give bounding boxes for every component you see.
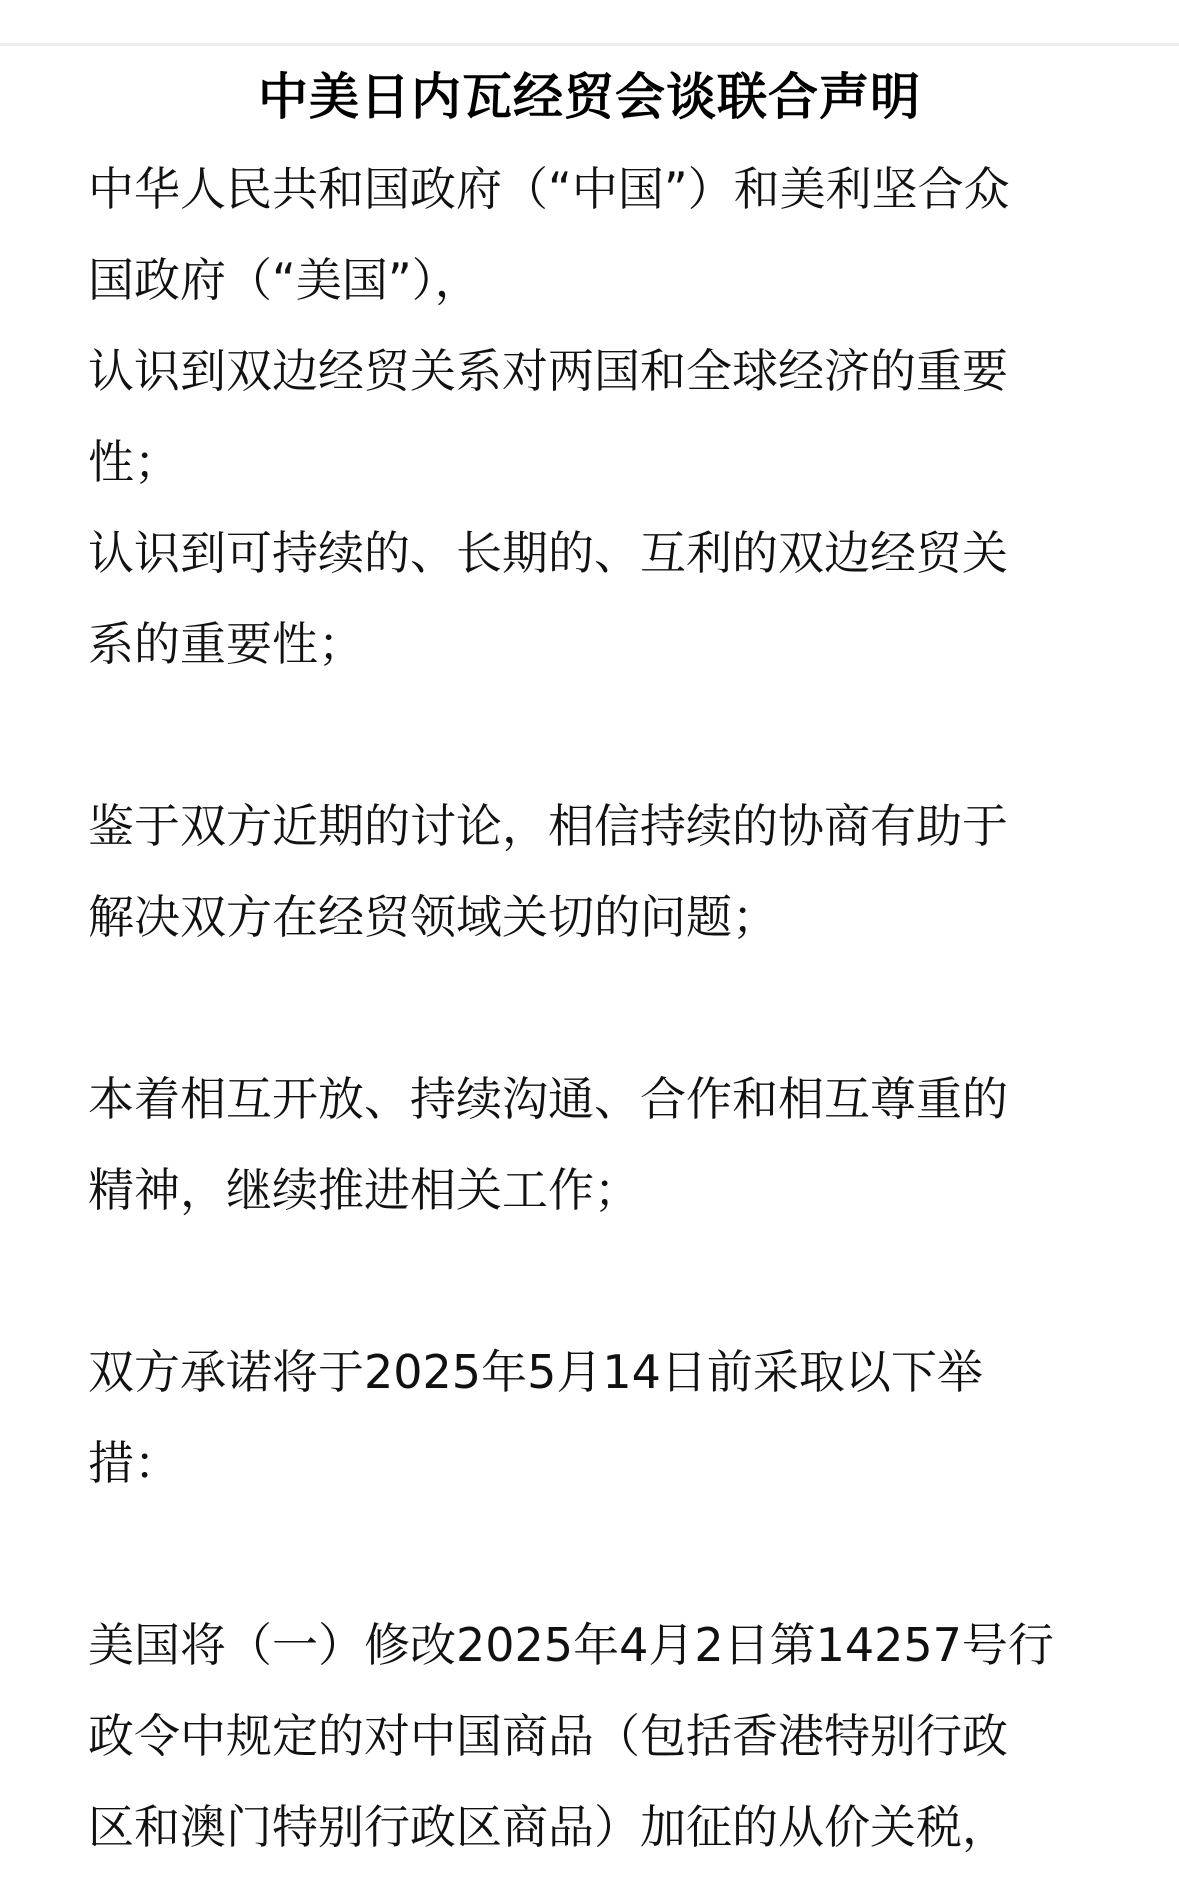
- paragraph-line: 鉴于双方近期的讨论，相信持续的协商有助于: [88, 781, 1088, 872]
- paragraph-spacer: [88, 963, 1088, 1054]
- paragraph-line: 区和澳门特别行政区商品）加征的从价关税，: [88, 1782, 1088, 1873]
- paragraph-line: 国政府（“美国”），: [88, 235, 1088, 326]
- paragraph-line: 美国将（一）修改2025年4月2日第14257号行: [88, 1600, 1088, 1691]
- paragraph-spacer: [88, 1509, 1088, 1600]
- paragraph-line: 系的重要性；: [88, 599, 1088, 690]
- paragraph-line: 措：: [88, 1418, 1088, 1509]
- paragraph-line: 中华人民共和国政府（“中国”）和美利坚合众: [88, 144, 1088, 235]
- paragraph-line: 认识到双边经贸关系对两国和全球经济的重要: [88, 326, 1088, 417]
- paragraph-line: 双方承诺将于2025年5月14日前采取以下举: [88, 1327, 1088, 1418]
- paragraph-line: 本着相互开放、持续沟通、合作和相互尊重的: [88, 1054, 1088, 1145]
- top-divider: [0, 43, 1179, 46]
- paragraph-line: 认识到可持续的、长期的、互利的双边经贸关: [88, 508, 1088, 599]
- paragraph-line: 解决双方在经贸领域关切的问题；: [88, 872, 1088, 963]
- paragraph-line: 性；: [88, 417, 1088, 508]
- paragraph-spacer: [88, 1236, 1088, 1327]
- paragraph-line: 精神，继续推进相关工作；: [88, 1145, 1088, 1236]
- paragraph-spacer: [88, 690, 1088, 781]
- document-body: 中华人民共和国政府（“中国”）和美利坚合众 国政府（“美国”）， 认识到双边经贸…: [88, 144, 1088, 1873]
- document-title: 中美日内瓦经贸会谈联合声明: [0, 64, 1179, 130]
- paragraph-line: 政令中规定的对中国商品（包括香港特别行政: [88, 1691, 1088, 1782]
